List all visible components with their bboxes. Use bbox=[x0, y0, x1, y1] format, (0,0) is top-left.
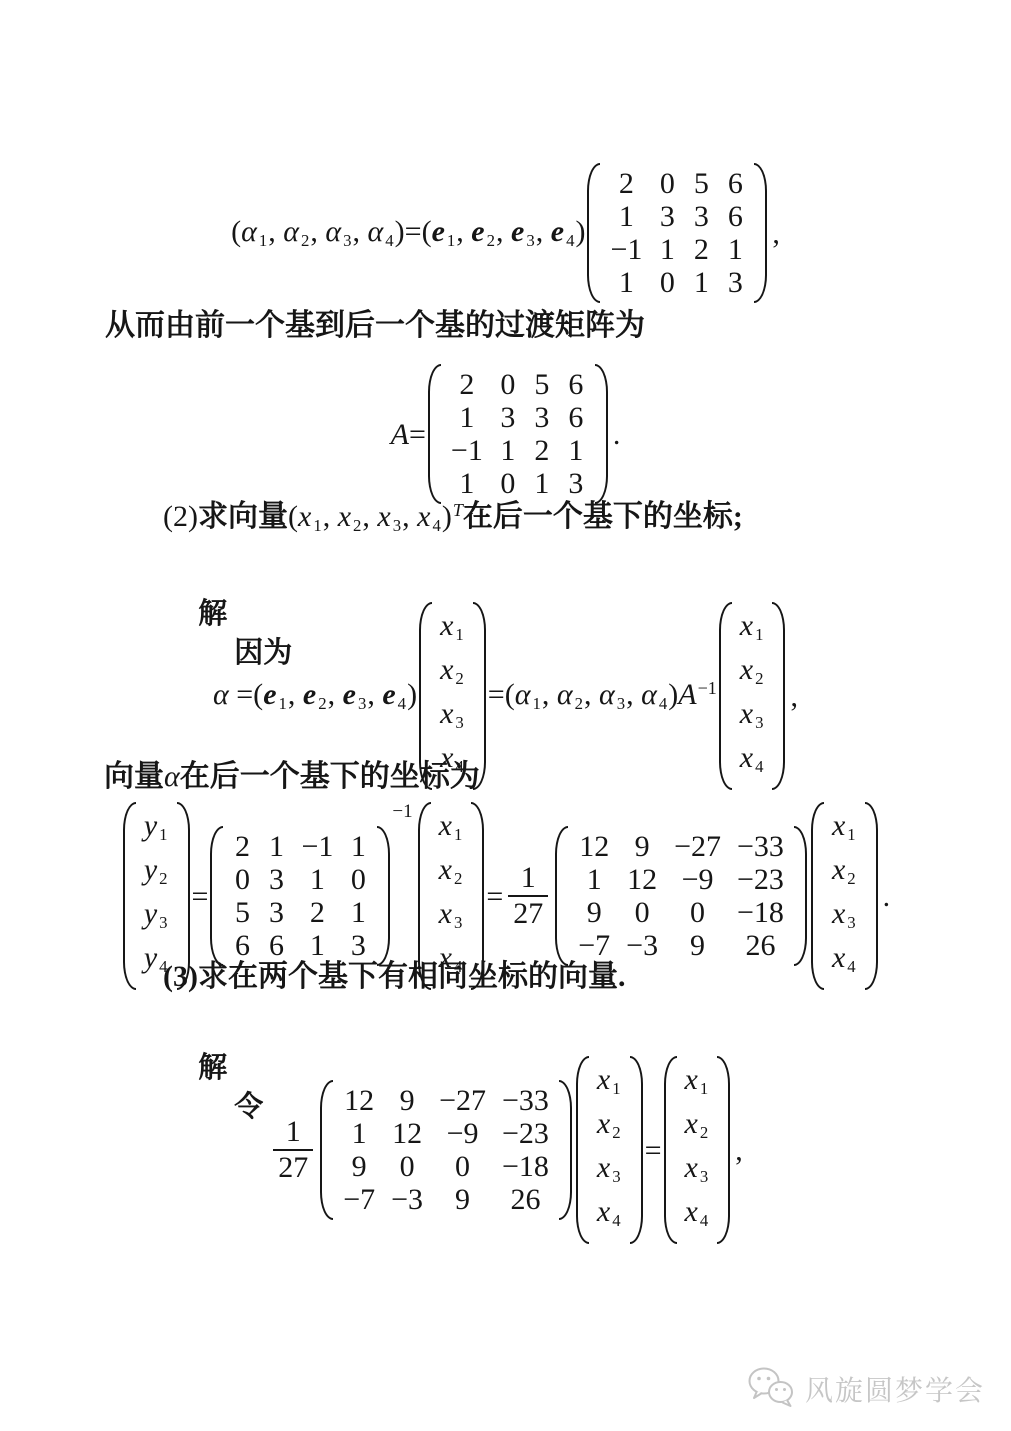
fraction-numerator: 1 bbox=[516, 861, 541, 896]
left-paren bbox=[811, 802, 824, 990]
right-paren bbox=[630, 1056, 643, 1244]
vector-cells: x1x2x3x4 bbox=[593, 1056, 626, 1244]
matrix-C: 129−27−33112−9−23900−18−7−3926 bbox=[320, 1080, 572, 1220]
right-paren bbox=[559, 1080, 572, 1220]
trailing-period: . bbox=[883, 880, 891, 913]
matrix-B: 21−11031053216613 bbox=[210, 826, 390, 966]
left-paren bbox=[123, 802, 136, 990]
right-paren bbox=[794, 826, 807, 966]
right-paren bbox=[754, 163, 767, 303]
right-paren bbox=[595, 364, 608, 504]
right-paren bbox=[865, 802, 878, 990]
fraction-denominator: 27 bbox=[508, 897, 548, 932]
trailing-comma: , bbox=[772, 217, 780, 250]
equals-sign: = bbox=[192, 880, 209, 913]
right-paren bbox=[772, 602, 785, 790]
equation-alpha-e-basis: α =(e1, e2, e3, e4) bbox=[213, 678, 417, 714]
vector-cells: x1x2x3x4 bbox=[736, 602, 769, 790]
matrix-cells: 21−11031053216613 bbox=[227, 826, 373, 966]
vector-x: x1x2x3x4 bbox=[811, 802, 878, 990]
paragraph-alpha-coordinates: 向量α在后一个基下的坐标为 bbox=[104, 757, 480, 798]
fraction-one-twentyseventh: 1 27 bbox=[508, 861, 548, 932]
matrix-cells: 129−27−33112−9−23900−18−7−3926 bbox=[572, 826, 790, 966]
left-paren bbox=[719, 602, 732, 790]
equals-sign: = bbox=[486, 880, 503, 913]
equation-basis-relation: (α1, α2, α3, α4)=(e1, e2, e3, e4) 205613… bbox=[0, 163, 1011, 303]
equation-lhs-alpha-e: (α1, α2, α3, α4)=(e1, e2, e3, e4) bbox=[231, 215, 585, 251]
left-paren bbox=[428, 364, 441, 504]
fraction-denominator: 27 bbox=[273, 1151, 313, 1186]
trailing-comma: , bbox=[790, 680, 798, 713]
right-paren bbox=[717, 1056, 730, 1244]
matrix-transition: 20561336−11211013 bbox=[587, 163, 767, 303]
wechat-icon bbox=[747, 1366, 797, 1412]
equation-fixed-coordinates: 1 27 129−27−33112−9−23900−18−7−3926 x1x2… bbox=[0, 1056, 1011, 1244]
fraction-numerator: 1 bbox=[281, 1115, 306, 1150]
left-paren bbox=[210, 826, 223, 966]
matrix-cells: 20561336−11211013 bbox=[604, 163, 750, 303]
right-paren bbox=[377, 826, 390, 966]
matrix-cells: 20561336−11211013 bbox=[445, 364, 591, 504]
equation-alpha-basis-inverse: =(α1, α2, α3, α4)A−1 bbox=[488, 678, 717, 714]
equals-sign: = bbox=[645, 1134, 662, 1167]
watermark: 风旋圆梦学会 bbox=[747, 1366, 985, 1412]
matrix-A: 20561336−11211013 bbox=[428, 364, 608, 504]
vector-cells: x1x2x3x4 bbox=[681, 1056, 714, 1244]
trailing-period: . bbox=[613, 418, 621, 451]
left-paren bbox=[664, 1056, 677, 1244]
vector-x: x1x2x3x4 bbox=[664, 1056, 731, 1244]
left-paren bbox=[555, 826, 568, 966]
left-paren bbox=[587, 163, 600, 303]
paragraph-transition-matrix: 从而由前一个基到后一个基的过渡矩阵为 bbox=[105, 306, 645, 347]
left-paren bbox=[576, 1056, 589, 1244]
trailing-comma: , bbox=[735, 1134, 743, 1167]
inverse-exponent: −1 bbox=[392, 802, 412, 823]
vector-x: x1x2x3x4 bbox=[576, 1056, 643, 1244]
equation-a-equals: A= bbox=[391, 418, 426, 451]
equation-matrix-A: A= 20561336−11211013 . bbox=[0, 364, 1011, 504]
vector-x: x1x2x3x4 bbox=[719, 602, 786, 790]
question-3: (3)求在两个基下有相同坐标的向量. bbox=[163, 957, 625, 998]
matrix-C: 129−27−33112−9−23900−18−7−3926 bbox=[555, 826, 807, 966]
document-page: (α1, α2, α3, α4)=(e1, e2, e3, e4) 205613… bbox=[0, 0, 1011, 1431]
left-paren bbox=[320, 1080, 333, 1220]
watermark-label: 风旋圆梦学会 bbox=[805, 1369, 985, 1409]
vector-cells: x1x2x3x4 bbox=[828, 802, 861, 990]
question-2: (2)求向量(x1, x2, x3, x4)T在后一个基下的坐标; bbox=[163, 497, 743, 538]
fraction-one-twentyseventh: 1 27 bbox=[273, 1115, 313, 1186]
matrix-cells: 129−27−33112−9−23900−18−7−3926 bbox=[337, 1080, 555, 1220]
